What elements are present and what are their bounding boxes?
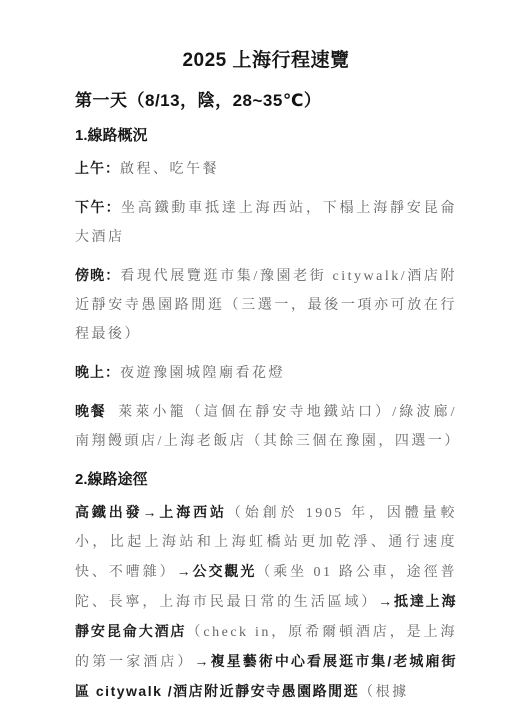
night-text: 夜遊豫園城隍廟看花燈 xyxy=(120,366,285,381)
route-paragraph: 高鐵出發→上海西站（始創於 1905 年，因體量較小，比起上海站和上海虹橋站更加… xyxy=(75,498,457,707)
day1-heading: 第一天（8/13，陰，28~35℃） xyxy=(75,90,457,112)
afternoon-text: 坐高鐵動車抵達上海西站，下榻上海靜安昆侖大酒店 xyxy=(75,201,457,245)
evening-label: 傍晚： xyxy=(75,267,120,283)
itinerary-item-afternoon: 下午：坐高鐵動車抵達上海西站，下榻上海靜安昆侖大酒店 xyxy=(75,193,457,252)
itinerary-item-evening: 傍晚：看現代展覽逛市集/豫園老街 citywalk/酒店附近靜安寺愚園路閒逛（三… xyxy=(75,261,457,349)
route-segment-bus: →公交觀光 xyxy=(177,563,257,579)
route-note-truncated: （根據 xyxy=(359,685,409,700)
morning-text: 啟程、吃午餐 xyxy=(120,162,219,177)
itinerary-item-night: 晚上：夜遊豫園城隍廟看花燈 xyxy=(75,358,457,388)
section2-heading: 2.線路途徑 xyxy=(75,470,457,489)
afternoon-label: 下午： xyxy=(75,199,121,215)
evening-text: 看現代展覽逛市集/豫園老街 citywalk/酒店附近靜安寺愚園路閒逛（三選一，… xyxy=(75,269,457,342)
dinner-label: 晚餐 xyxy=(75,403,106,419)
dinner-text: 萊萊小籠（這個在靜安寺地鐵站口）/綠波廊/南翔饅頭店/上海老飯店（其餘三個在豫園… xyxy=(75,405,461,449)
route-segment-depart: 高鐵出發→上海西站 xyxy=(75,504,227,520)
document-page: 2025 上海行程速覽 第一天（8/13，陰，28~35℃） 1.線路概況 上午… xyxy=(0,0,529,720)
night-label: 晚上： xyxy=(75,364,120,380)
morning-label: 上午： xyxy=(75,160,120,176)
document-title: 2025 上海行程速覽 xyxy=(75,48,457,74)
section1-heading: 1.線路概況 xyxy=(75,126,457,145)
itinerary-item-morning: 上午：啟程、吃午餐 xyxy=(75,154,457,184)
itinerary-item-dinner: 晚餐萊萊小籠（這個在靜安寺地鐵站口）/綠波廊/南翔饅頭店/上海老飯店（其餘三個在… xyxy=(75,397,457,456)
